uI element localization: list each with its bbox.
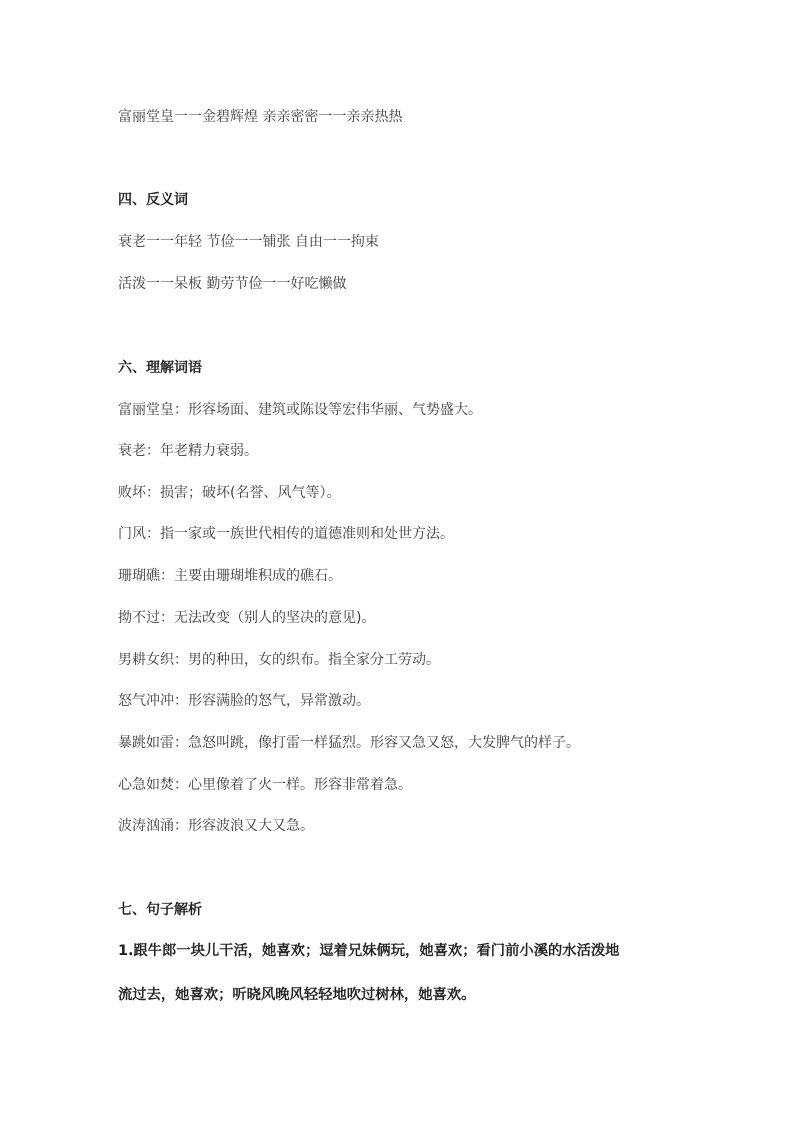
word-definition: 波涛汹涌：形容波浪又大又急。 [118, 816, 314, 836]
antonyms-line-1: 衰老一一年轻 节俭一一铺张 自由一一拘束 [118, 232, 379, 252]
word-definition: 怒气冲冲：形容满脸的怒气，异常激动。 [118, 691, 370, 711]
sentence-line-2: 流过去，她喜欢；听晓风晚风轻轻地吹过树林，她喜欢。 [118, 985, 475, 1005]
word-definition: 门风：指一家或一族世代相传的道德准则和处世方法。 [118, 524, 454, 544]
word-definition: 珊瑚礁：主要由珊瑚堆积成的礁石。 [118, 566, 342, 586]
antonyms-line-2: 活泼一一呆板 勤劳节俭一一好吃懒做 [118, 274, 346, 294]
sentence-line-1: 1.跟牛郎一块儿干活，她喜欢；逗着兄妹俩玩，她喜欢；看门前小溪的水活泼地 [118, 941, 619, 961]
word-definition: 拗不过：无法改变（别人的坚决的意见)。 [118, 608, 375, 628]
document-page: 富丽堂皇一一金碧辉煌 亲亲密密一一亲亲热热 四、反义词 衰老一一年轻 节俭一一铺… [0, 0, 793, 1122]
words-heading: 六、理解词语 [118, 358, 202, 378]
word-definition: 衰老：年老精力衰弱。 [118, 441, 258, 461]
word-definition: 暴跳如雷：急怒叫跳，像打雷一样猛烈。形容又急又怒，大发脾气的样子。 [118, 733, 580, 753]
antonyms-heading: 四、反义词 [118, 190, 188, 210]
word-definition: 男耕女织：男的种田，女的织布。指全家分工劳动。 [118, 650, 440, 670]
sentences-heading: 七、句子解析 [118, 900, 202, 920]
word-definition: 富丽堂皇：形容场面、建筑或陈设等宏伟华丽、气势盛大。 [118, 400, 482, 420]
word-definition: 败坏：损害；破坏(名誉、风气等）。 [118, 483, 340, 503]
word-definition: 心急如焚：心里像着了火一样。形容非常着急。 [118, 775, 412, 795]
synonyms-line: 富丽堂皇一一金碧辉煌 亲亲密密一一亲亲热热 [118, 107, 402, 127]
